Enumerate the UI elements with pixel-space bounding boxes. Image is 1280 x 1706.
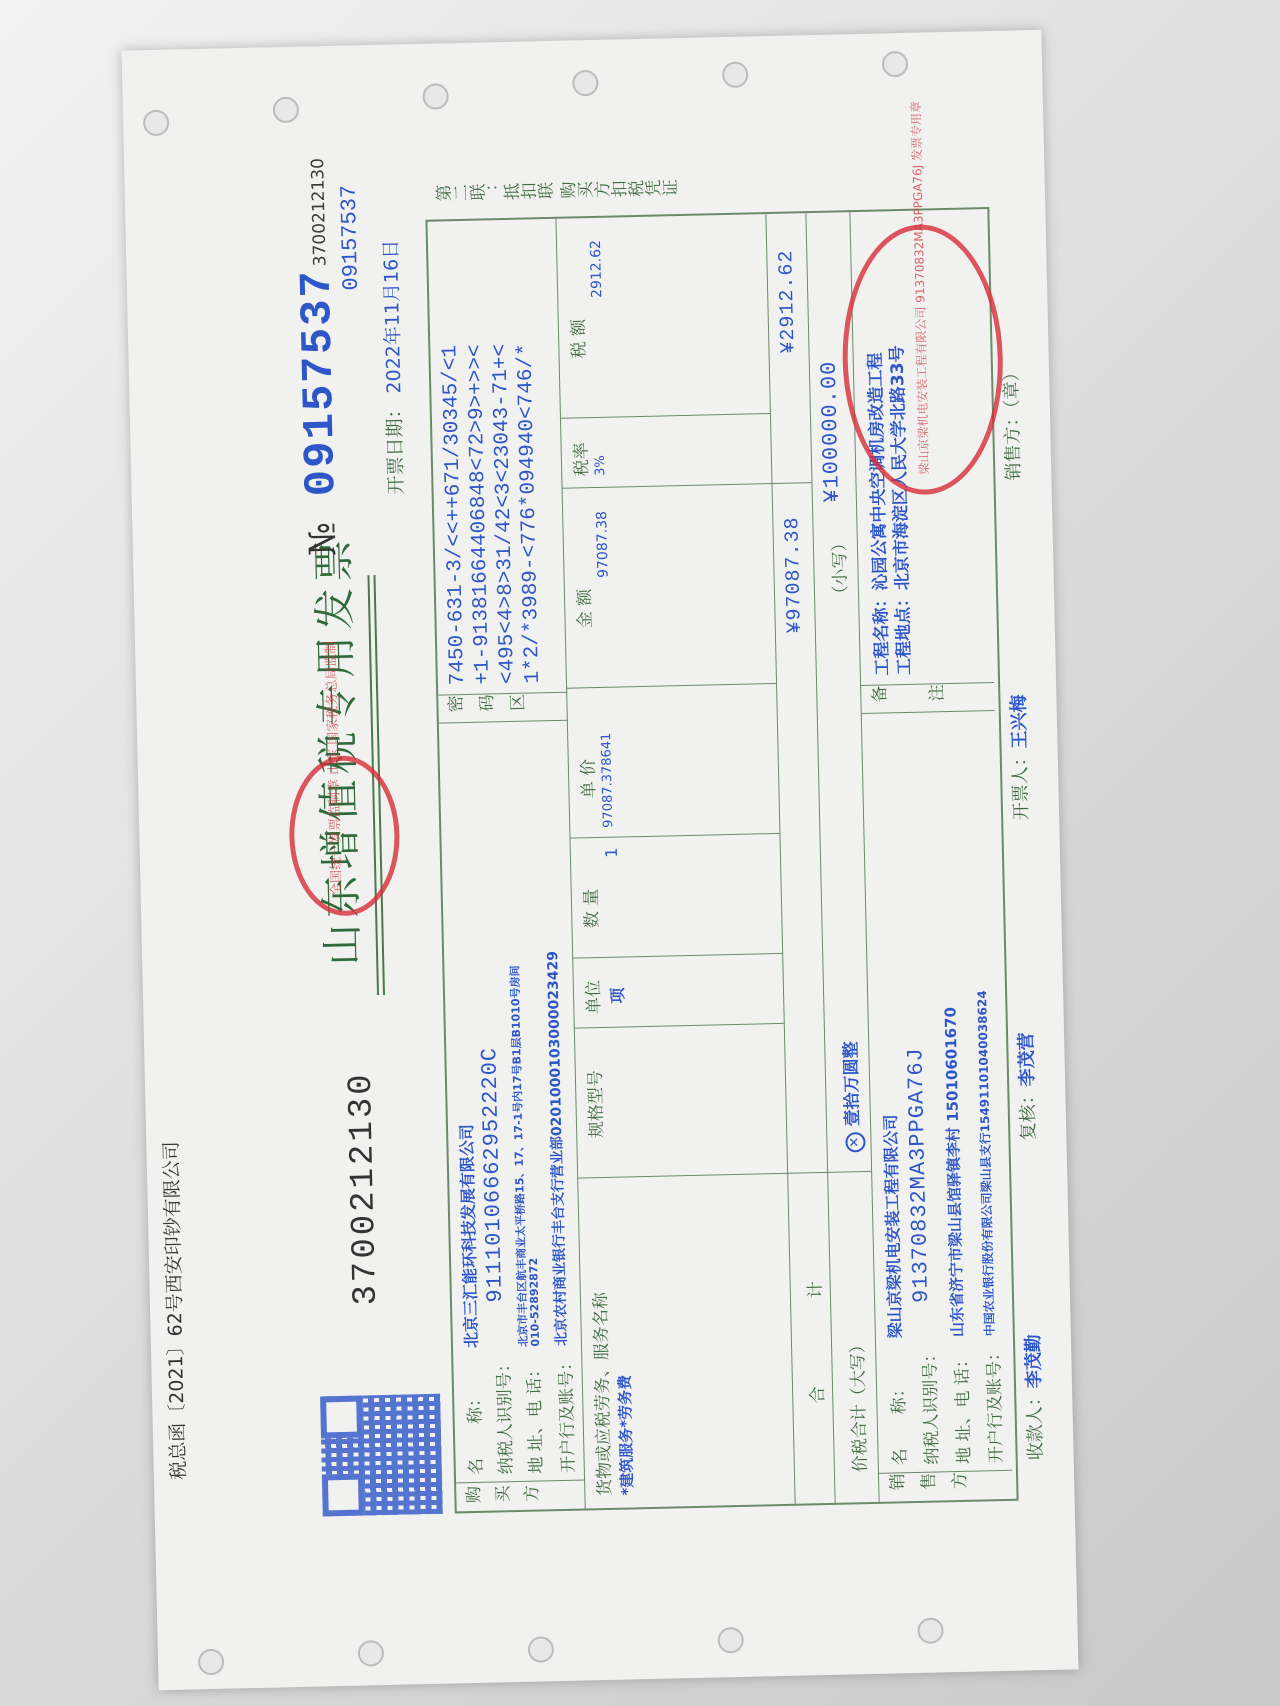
remarks-area: 工程名称：沁园公寓中央空调机房改造工程 工程地点：北京市海淀区人民大学北路33号… — [849, 209, 994, 686]
perforation-hole — [717, 1627, 744, 1654]
number-symbol: № — [302, 522, 344, 557]
seller-info: 名 称： 梁山京梁机电安装工程有限公司 纳税人识别号： 91370832MA3P… — [861, 710, 1012, 1474]
project-site-label: 工程地点： — [893, 590, 915, 675]
perforation-hole — [358, 1640, 385, 1667]
buyer-section-label: 购买方 — [464, 1486, 551, 1506]
item-unit: 项 — [605, 987, 628, 1004]
reviewer-value: 李茂营 — [1016, 1032, 1038, 1086]
item-name: *建筑服务*劳务费 — [614, 1375, 638, 1496]
seller-tax-id-label: 纳税人识别号： — [915, 1345, 943, 1465]
grand-total-lower-label: （小写） — [825, 534, 852, 603]
header-rate: 税率 — [567, 442, 593, 477]
buyer-bank-label: 开户行及账号： — [551, 1354, 579, 1474]
grand-total-label-cell: 价税合计（大写） — [827, 1171, 878, 1503]
item-rate: 3% — [593, 455, 608, 476]
item-amount: 97087.38 — [594, 511, 612, 578]
issue-date: 开票日期： 2022年11月16日 — [376, 240, 409, 495]
cipher-area: 7450-631-3/<<++671/30345/<1 +1-913816644… — [427, 219, 567, 696]
perforation-hole — [273, 97, 300, 124]
seller-address: 山东省济宁市梁山县馆驿镇李村 15010601670 — [939, 1007, 967, 1337]
grand-total-lower: ¥100000.00 — [817, 360, 845, 503]
seller-name: 梁山京梁机电安装工程有限公司 — [878, 1114, 906, 1338]
remarks-label-cell: 备注 — [860, 682, 995, 714]
items-table: 货物或应税劳务、服务名称 *建筑服务*劳务费 规格型号 单位 项 数 量 1 — [555, 213, 835, 1508]
printer-note: 税总函〔2021〕62号西安印钞有限公司 — [156, 1141, 191, 1480]
invoice-code: 3700212130 — [343, 1071, 386, 1306]
buyer-name: 北京三汇能环科技发展有限公司 — [454, 1124, 482, 1348]
item-tax: 2912.62 — [588, 240, 605, 298]
buyer-name-label: 名 称： — [460, 1390, 487, 1476]
col-unit: 单位 项 — [572, 953, 784, 1029]
buyer-info: 名 称： 北京三汇能环科技发展有限公司 纳税人识别号： 911101066629… — [439, 720, 585, 1484]
col-price: 单 价 97087.378641 — [566, 683, 779, 839]
circle-x-icon: ✕ — [845, 1132, 865, 1152]
buyer-section-label-cell: 购买方 — [456, 1479, 586, 1511]
seller-bank: 中国农业银行股份有限公司梁山县支行15491101040038624 — [973, 990, 998, 1336]
header-name: 货物或应税劳务、服务名称 — [586, 1292, 616, 1497]
header-price: 单 价 — [574, 759, 600, 799]
invoice-number: 09157537 — [293, 268, 348, 496]
invoice-paper: 3700212130 山东增值税专用发票 全国统一发票监制章 山东 国家税务总局… — [122, 30, 1079, 1690]
buyer-address-label: 地 址、电 话： — [519, 1361, 547, 1474]
perforation-hole — [882, 51, 909, 78]
invoice-code-small: 3700212130 — [308, 158, 330, 267]
total-tax: ¥2912.62 — [775, 249, 800, 354]
grand-total-upper: ✕ 壹拾万圆整 — [836, 1041, 866, 1153]
grand-total-label: 价税合计（大写） — [843, 1336, 871, 1473]
perforation-hole — [572, 70, 599, 97]
col-qty: 数 量 1 — [569, 833, 782, 959]
header-spec: 规格型号 — [581, 1070, 608, 1139]
col-rate: 税率 3% — [560, 413, 772, 489]
seller-section-label: 销售方 — [888, 1470, 982, 1497]
perforation-hole — [198, 1649, 225, 1676]
seller-tax-id: 91370832MA3PPGA76J — [903, 1047, 934, 1303]
qr-code-icon — [320, 1394, 443, 1517]
perforation-hole — [528, 1636, 555, 1663]
reviewer-label: 复核： — [1017, 1086, 1039, 1140]
payee: 收款人：李茂勤 — [1019, 1334, 1048, 1461]
seller-name-label: 名 称： — [884, 1380, 911, 1466]
buyer-phone: 010-52892872 — [527, 1258, 542, 1347]
item-qty: 1 — [602, 847, 621, 858]
issue-date-value: 2022年11月16日 — [380, 240, 405, 394]
seller-stamp-label: 销售方：（章） — [997, 363, 1026, 481]
perforation-hole — [422, 83, 449, 110]
item-price: 97087.378641 — [599, 733, 616, 828]
invoice-number-small: 09157537 — [337, 185, 364, 291]
grand-total-upper-text: 壹拾万圆整 — [841, 1041, 863, 1126]
header-tax: 税 额 — [564, 319, 590, 359]
perforation-hole — [722, 61, 749, 88]
header-amount: 金 额 — [570, 589, 596, 629]
cipher-label: 密码区 — [446, 691, 540, 718]
perforation-hole — [143, 110, 170, 137]
buyer-tax-id-label: 纳税人识别号： — [489, 1355, 517, 1475]
seller-bank-label: 开户行及账号： — [979, 1344, 1007, 1464]
invoice-table: 购买方 名 称： 北京三汇能环科技发展有限公司 纳税人识别号： 91110106… — [425, 207, 1018, 1513]
payee-label: 收款人： — [1024, 1388, 1047, 1460]
perforation-hole — [917, 1617, 944, 1644]
issue-date-label: 开票日期： — [384, 399, 408, 494]
total-amount: ¥97087.38 — [781, 516, 807, 634]
col-spec: 规格型号 — [574, 1023, 787, 1179]
seller-address-label: 地 址、电 话： — [947, 1351, 975, 1464]
issuer-value: 王兴梅 — [1008, 694, 1030, 748]
payee-value: 李茂勤 — [1023, 1334, 1045, 1388]
seller-section-label-cell: 销售方 — [878, 1470, 1013, 1502]
cipher-text: 7450-631-3/<<++671/30345/<1 +1-913816644… — [438, 343, 546, 685]
reviewer: 复核：李茂营 — [1012, 1032, 1040, 1141]
header-unit: 单位 — [579, 980, 605, 1015]
buyer-bank: 北京农村商业银行丰台支行营业部0201000103000023429 — [542, 951, 571, 1346]
issuer: 开票人：王兴梅 — [1004, 694, 1033, 821]
issuer-label: 开票人： — [1010, 748, 1033, 820]
copy-label: 第二联：抵扣联 购买方扣税凭证 — [435, 179, 679, 209]
invoice-form: 3700212130 山东增值税专用发票 全国统一发票监制章 山东 国家税务总局… — [264, 160, 1055, 1557]
total-label: 合 计 — [801, 1277, 829, 1404]
cipher-label-cell: 密码区 — [438, 692, 568, 724]
buyer-tax-id: 91110106662952220C — [477, 1047, 508, 1303]
header-qty: 数 量 — [577, 889, 603, 929]
